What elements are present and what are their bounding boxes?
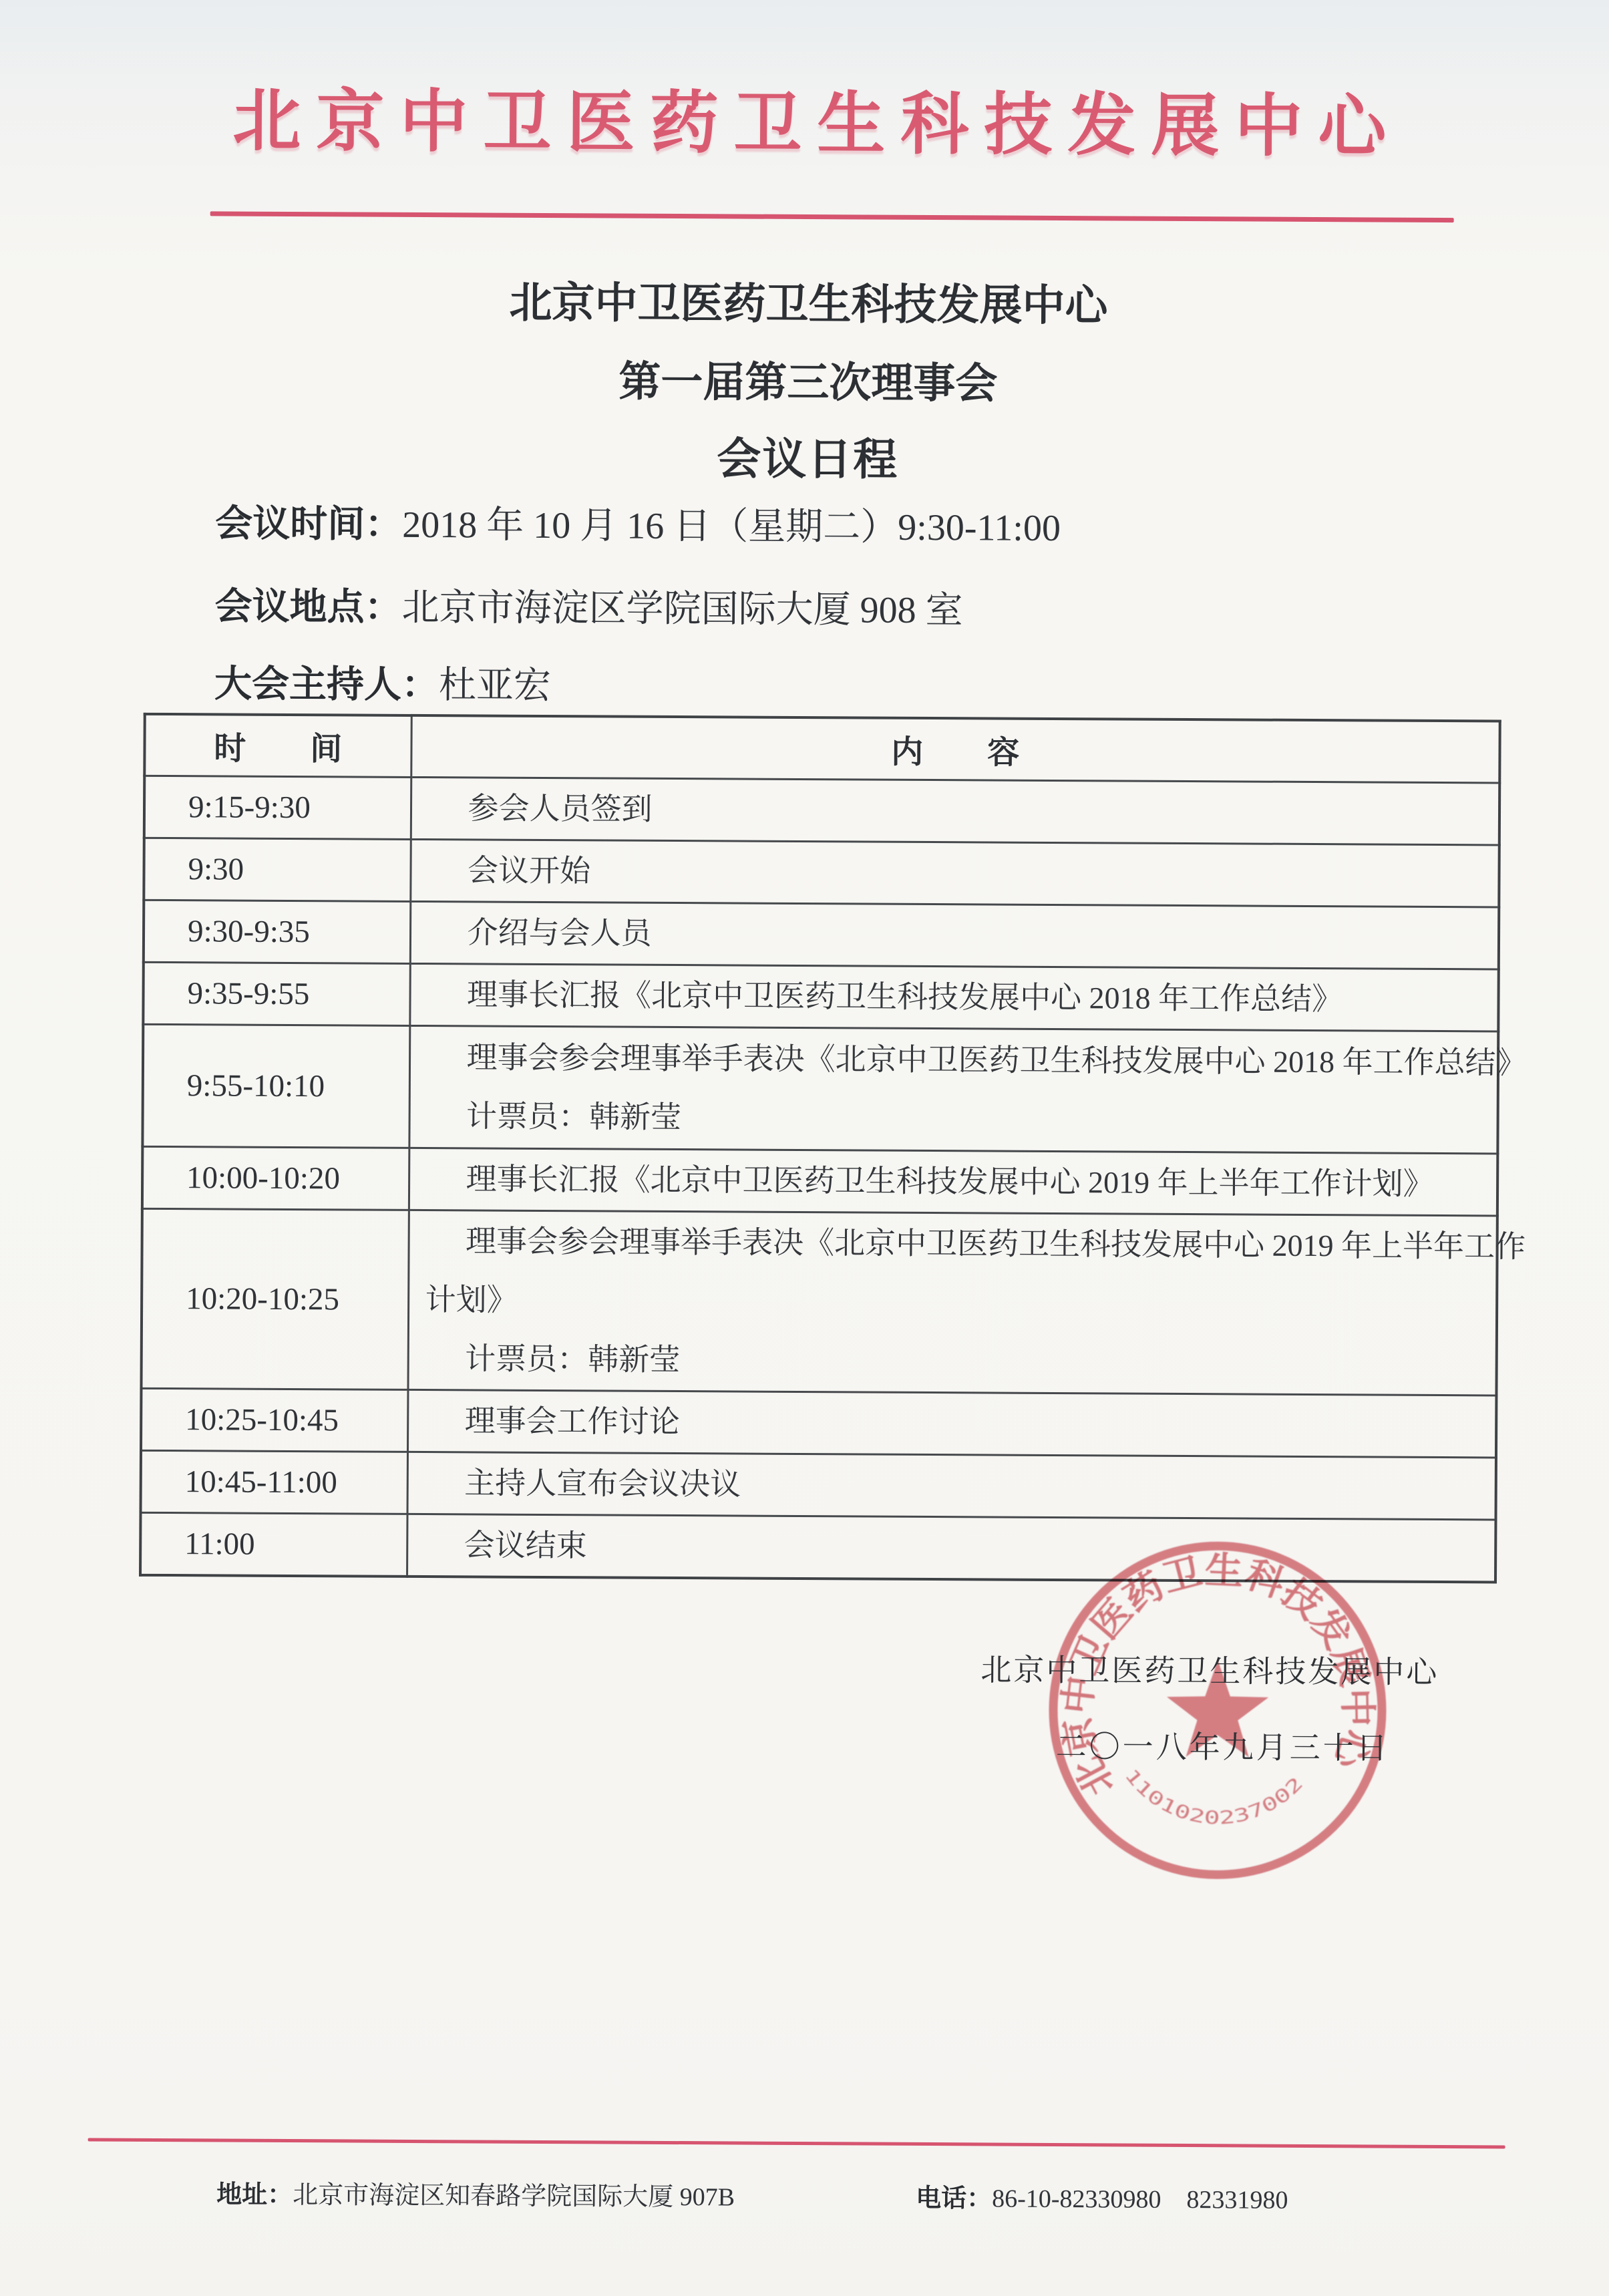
agenda-content-cell: 主持人宣布会议决议 [407,1452,1496,1520]
agenda-time-cell: 10:25-10:45 [141,1388,407,1452]
agenda-time-cell: 9:30 [144,838,410,901]
agenda-content-line: 计票员：韩新莹 [465,1329,1495,1393]
agenda-col-header-content: 内 容 [411,715,1499,783]
agenda-header-row: 时 间 内 容 [144,714,1499,783]
agenda-content-line: 计划》 [425,1271,1495,1335]
footer-divider-line [88,2138,1505,2148]
agenda-time-cell: 9:55-10:10 [142,1024,409,1148]
agenda-row: 10:25-10:45理事会工作讨论 [141,1388,1496,1458]
document-title-org: 北京中卫医药卫生科技发展中心 [4,266,1609,336]
footer-phone-label: 电话： [916,2184,992,2213]
agenda-time-cell: 9:35-9:55 [143,962,409,1025]
stamp-serial-number: 1101020237002 [1120,1765,1307,1829]
agenda-content-cell: 理事会参会理事举手表决《北京中卫医药卫生科技发展中心 2018 年工作总结》计票… [409,1025,1498,1154]
agenda-content-line: 参会人员签到 [468,779,1497,843]
footer-phone: 电话：86-10-82330980 82331980 [916,2177,1288,2216]
agenda-row: 9:30-9:35介绍与会人员 [144,900,1499,969]
agenda-content-line: 计票员：韩新莹 [466,1087,1496,1151]
footer-address-value: 北京市海淀区知春路学院国际大厦 907B [293,2181,735,2211]
agenda-content-line: 理事长汇报《北京中卫医药卫生科技发展中心 2019 年上半年工作计划》 [466,1150,1495,1214]
agenda-content-line: 理事长汇报《北京中卫医药卫生科技发展中心 2018 年工作总结》 [467,965,1497,1029]
agenda-row: 9:15-9:30参会人员签到 [144,776,1499,845]
agenda-content-cell: 参会人员签到 [411,777,1499,845]
agenda-time-cell: 10:00-10:20 [142,1146,409,1210]
agenda-row: 9:35-9:55理事长汇报《北京中卫医药卫生科技发展中心 2018 年工作总结… [143,962,1498,1031]
meeting-time-value: 2018 年 10 月 16 日（星期二）9:30-11:00 [402,504,1061,549]
scanned-document-page: 北京中卫医药卫生科技发展中心 北京中卫医药卫生科技发展中心 第一届第三次理事会 … [0,0,1609,2296]
agenda-content-cell: 会议开始 [410,839,1499,907]
agenda-content-cell: 理事长汇报《北京中卫医药卫生科技发展中心 2018 年工作总结》 [409,963,1498,1031]
letterhead-org-name: 北京中卫医药卫生科技发展中心 [5,65,1609,172]
agenda-table: 时 间 内 容 9:15-9:30参会人员签到9:30会议开始9:30-9:35… [139,713,1501,1583]
agenda-content-line: 理事会参会理事举手表决《北京中卫医药卫生科技发展中心 2018 年工作总结》 [466,1028,1496,1092]
agenda-time-cell: 10:20-10:25 [141,1208,408,1389]
document-sheet: 北京中卫医药卫生科技发展中心 北京中卫医药卫生科技发展中心 第一届第三次理事会 … [0,0,1609,2296]
document-title-session: 第一届第三次理事会 [3,345,1609,414]
agenda-time-cell: 9:15-9:30 [144,776,411,839]
agenda-content-line: 理事会工作讨论 [465,1391,1495,1456]
meeting-venue-label: 会议地点： [214,586,401,628]
official-seal-stamp: 北京中卫医药卫生科技发展中心 1101020237002 [1030,1522,1406,1899]
signature-org-name: 北京中卫医药卫生科技发展中心 [980,1645,1439,1692]
meeting-host-line: 大会主持人：杜亚宏 [214,654,551,709]
agenda-time-cell: 9:30-9:35 [144,900,410,963]
svg-text:1101020237002: 1101020237002 [1120,1765,1307,1829]
signature-date: 二〇一八年九月三十日 [1056,1722,1390,1768]
agenda-content-cell: 理事会工作讨论 [407,1389,1496,1458]
meeting-host-label: 大会主持人： [214,663,439,706]
agenda-content-cell: 理事长汇报《北京中卫医药卫生科技发展中心 2019 年上半年工作计划》 [409,1148,1497,1216]
meeting-venue-line: 会议地点：北京市海淀区学院国际大厦 908 室 [214,577,962,634]
agenda-row: 9:30会议开始 [144,838,1499,907]
agenda-content-cell: 介绍与会人员 [410,901,1499,969]
agenda-row: 9:55-10:10理事会参会理事举手表决《北京中卫医药卫生科技发展中心 201… [142,1024,1498,1154]
meeting-time-line: 会议时间：2018 年 10 月 16 日（星期二）9:30-11:00 [215,494,1061,552]
agenda-content-cell: 理事会参会理事举手表决《北京中卫医药卫生科技发展中心 2019 年上半年工作计划… [407,1210,1497,1396]
footer-address: 地址：北京市海淀区知春路学院国际大厦 907B [216,2173,735,2212]
agenda-row: 10:45-11:00主持人宣布会议决议 [141,1450,1496,1520]
agenda-content-line: 会议开始 [468,841,1497,905]
agenda-row: 10:20-10:25理事会参会理事举手表决《北京中卫医药卫生科技发展中心 20… [141,1208,1497,1396]
meeting-time-label: 会议时间： [215,503,402,545]
agenda-content-line: 介绍与会人员 [467,903,1497,967]
agenda-content-line: 理事会参会理事举手表决《北京中卫医药卫生科技发展中心 2019 年上半年工作 [466,1212,1495,1276]
footer-address-label: 地址： [216,2180,293,2209]
agenda-time-cell: 11:00 [140,1512,407,1577]
document-title-agenda: 会议日程 [3,420,1609,492]
letterhead-divider-line [210,211,1454,222]
agenda-time-cell: 10:45-11:00 [141,1450,407,1514]
meeting-host-value: 杜亚宏 [439,665,551,707]
agenda-content-line: 主持人宣布会议决议 [464,1454,1494,1518]
meeting-venue-value: 北京市海淀区学院国际大厦 908 室 [401,587,962,631]
agenda-col-header-time: 时 间 [144,714,411,777]
footer-phone-value: 86-10-82330980 82331980 [992,2185,1288,2215]
agenda-row: 10:00-10:20理事长汇报《北京中卫医药卫生科技发展中心 2019 年上半… [142,1146,1497,1216]
